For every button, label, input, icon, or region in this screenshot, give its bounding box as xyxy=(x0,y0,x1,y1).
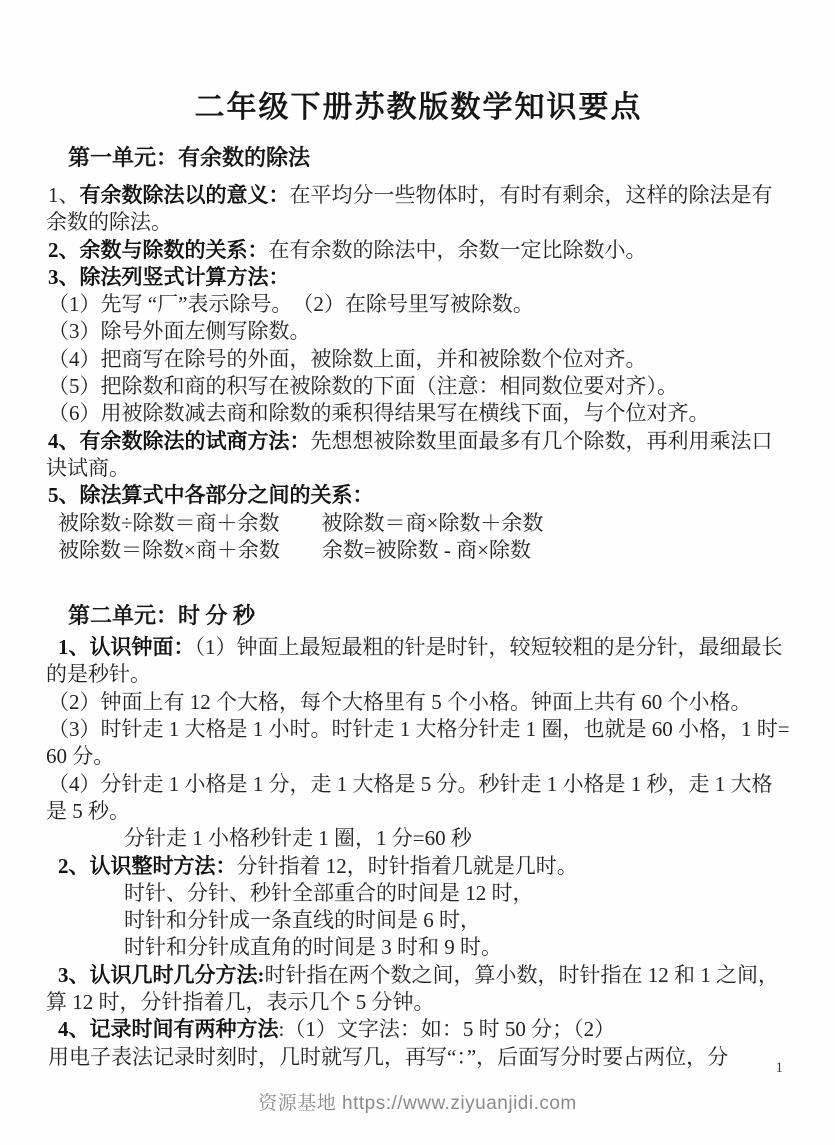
bold-text-run: 2、余数与除数的关系： xyxy=(48,238,269,262)
paragraph: 分针走 1 小格秒针走 1 圈，1 分=60 秒 xyxy=(46,825,791,852)
text-run: 在有余数的除法中，余数一定比除数小。 xyxy=(269,238,647,262)
paragraph: （1）先写 “厂”表示除号。 （2）在除号里写被除数。 xyxy=(46,291,791,318)
text-run: （4）把商写在除号的外面，被除数上面，并和被除数个位对齐。 xyxy=(48,347,647,371)
paragraph: 2、余数与除数的关系：在有余数的除法中，余数一定比除数小。 xyxy=(46,237,791,264)
bold-text-run: 5、除法算式中各部分之间的关系： xyxy=(48,483,374,507)
text-run: （3）除号外面左侧写除数。 xyxy=(48,319,311,343)
text-run: 分针指着 12，时针指着几就是几时。 xyxy=(237,854,578,878)
text-run: （5）把除数和商的积写在被除数的下面（注意：相同数位要对齐）。 xyxy=(48,374,678,398)
unit-section: 第二单元：时 分 秒1、认识钟面：（1）钟面上最短最粗的针是时针，较短较粗的是分… xyxy=(46,604,791,1071)
paragraph: 1、认识钟面：（1）钟面上最短最粗的针是时针，较短较粗的是分针，最细最长的是秒针… xyxy=(46,634,791,689)
paragraph: 2、认识整时方法：分针指着 12，时针指着几就是几时。 xyxy=(46,853,791,880)
footer-watermark: 资源基地 https://www.ziyuanjidi.com xyxy=(0,1088,835,1115)
unit-section: 第一单元：有余数的除法1、有余数除法以的意义：在平均分一些物体时，有时有剩余，这… xyxy=(46,146,791,564)
bold-text-run: 4、记录时间有两种方法 xyxy=(58,1017,279,1041)
paragraph: 3、除法列竖式计算方法： xyxy=(46,264,791,291)
document-title: 二年级下册苏教版数学知识要点 xyxy=(46,86,791,130)
paragraph: 4、记录时间有两种方法:（1）文字法：如：5 时 50 分；（2） xyxy=(46,1016,791,1043)
bold-text-run: 2、认识整时方法： xyxy=(58,854,237,878)
paragraph: （5）把除数和商的积写在被除数的下面（注意：相同数位要对齐）。 xyxy=(46,373,791,400)
paragraph: （2）钟面上有 12 个大格，每个大格里有 5 个小格。钟面上共有 60 个小格… xyxy=(46,689,791,716)
text-run: （3）时针走 1 大格是 1 小时。时针走 1 大格分针走 1 圈，也就是 60… xyxy=(46,717,790,768)
paragraph: 时针、分针、秒针全部重合的时间是 12 时， xyxy=(46,880,791,907)
paragraph: （3）除号外面左侧写除数。 xyxy=(46,318,791,345)
text-run: 1、 xyxy=(48,183,80,207)
paragraph: 时针和分针成一条直线的时间是 6 时， xyxy=(46,907,791,934)
bold-text-run: 3、认识几时几分方法: xyxy=(58,963,265,987)
paragraph: 4、有余数除法的试商方法：先想想被除数里面最多有几个除数，再利用乘法口诀试商。 xyxy=(46,428,791,483)
page-number: 1 xyxy=(776,1060,784,1077)
paragraph: 1、有余数除法以的意义：在平均分一些物体时，有时有剩余，这样的除法是有余数的除法… xyxy=(46,182,791,237)
paragraph: 5、除法算式中各部分之间的关系： xyxy=(46,482,791,509)
text-run: （1）先写 “厂”表示除号。 （2）在除号里写被除数。 xyxy=(48,292,534,316)
section-heading: 第二单元：时 分 秒 xyxy=(46,604,791,628)
section-heading: 第一单元：有余数的除法 xyxy=(46,146,791,170)
text-run: :（1）文字法：如：5 时 50 分；（2） xyxy=(279,1017,616,1041)
text-run: 时针、分针、秒针全部重合的时间是 12 时， xyxy=(124,881,534,905)
paragraph: （4）分针走 1 小格是 1 分，走 1 大格是 5 分。秒针走 1 小格是 1… xyxy=(46,771,791,826)
text-run: 用电子表法记录时刻时，几时就写几，再写“：”，后面写分时要占两位，分 xyxy=(48,1045,728,1069)
text-run: （2）钟面上有 12 个大格，每个大格里有 5 个小格。钟面上共有 60 个小格… xyxy=(48,690,752,714)
text-run: 被除数÷除数＝商＋余数 被除数＝商×除数＋余数 xyxy=(58,511,543,535)
document-content: 二年级下册苏教版数学知识要点 第一单元：有余数的除法1、有余数除法以的意义：在平… xyxy=(0,0,835,1071)
text-run: 被除数＝除数×商＋余数 余数=被除数 - 商×除数 xyxy=(58,538,531,562)
paragraph: 被除数÷除数＝商＋余数 被除数＝商×除数＋余数 xyxy=(46,510,791,537)
paragraph: 时针和分针成直角的时间是 3 时和 9 时。 xyxy=(46,934,791,961)
paragraph: 3、认识几时几分方法:时针指在两个数之间，算小数，时针指在 12 和 1 之间，… xyxy=(46,962,791,1017)
paragraph: 用电子表法记录时刻时，几时就写几，再写“：”，后面写分时要占两位，分 xyxy=(46,1044,791,1071)
bold-text-run: 1、认识钟面： xyxy=(58,635,195,659)
sections-container: 第一单元：有余数的除法1、有余数除法以的意义：在平均分一些物体时，有时有剩余，这… xyxy=(46,146,791,1071)
paragraph: （4）把商写在除号的外面，被除数上面，并和被除数个位对齐。 xyxy=(46,346,791,373)
bold-text-run: 4、有余数除法的试商方法： xyxy=(48,429,311,453)
text-run: （6）用被除数减去商和除数的乘积得结果写在横线下面，与个位对齐。 xyxy=(48,401,710,425)
text-run: 时针和分针成直角的时间是 3 时和 9 时。 xyxy=(124,935,502,959)
bold-text-run: 有余数除法以的意义： xyxy=(80,183,290,207)
text-run: （4）分针走 1 小格是 1 分，走 1 大格是 5 分。秒针走 1 小格是 1… xyxy=(46,772,773,823)
text-run: 时针和分针成一条直线的时间是 6 时， xyxy=(124,908,481,932)
document-page: 二年级下册苏教版数学知识要点 第一单元：有余数的除法1、有余数除法以的意义：在平… xyxy=(0,0,835,1145)
paragraph: 被除数＝除数×商＋余数 余数=被除数 - 商×除数 xyxy=(46,537,791,564)
paragraph: （6）用被除数减去商和除数的乘积得结果写在横线下面，与个位对齐。 xyxy=(46,400,791,427)
paragraph: （3）时针走 1 大格是 1 小时。时针走 1 大格分针走 1 圈，也就是 60… xyxy=(46,716,791,771)
text-run: 分针走 1 小格秒针走 1 圈，1 分=60 秒 xyxy=(124,826,472,850)
bold-text-run: 3、除法列竖式计算方法： xyxy=(48,265,290,289)
